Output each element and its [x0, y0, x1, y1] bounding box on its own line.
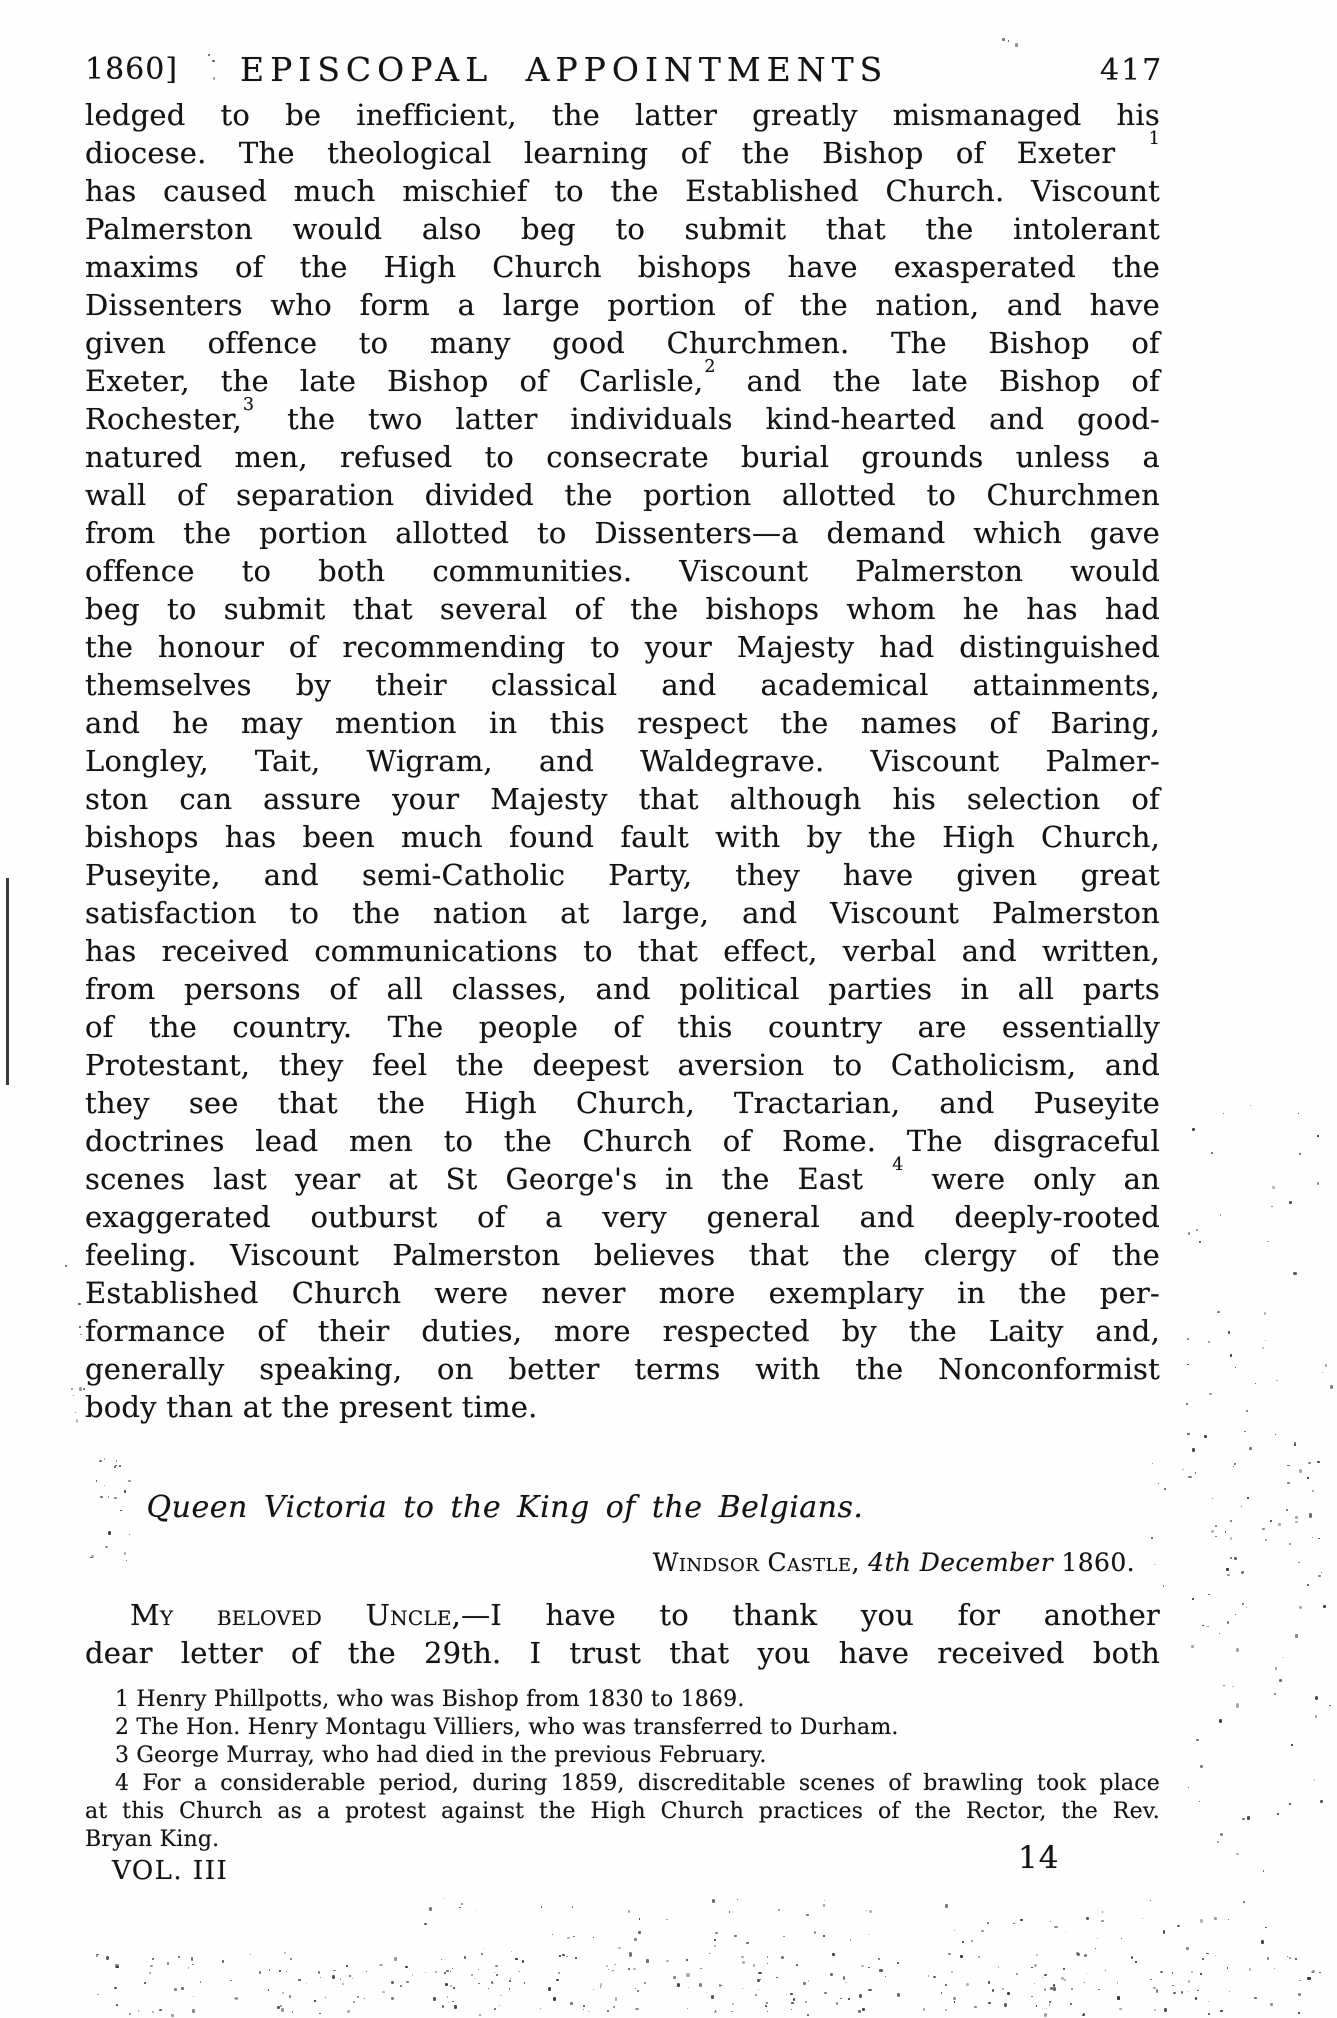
text-line: at this Church as a protest against the … [85, 1798, 1160, 1826]
text-line: given offence to many good Churchmen. Th… [85, 324, 1160, 362]
palmerston-letter-text: ledged to be inefficient, the latter gre… [85, 96, 1160, 1426]
text-line: from the portion allotted to Dissenters—… [85, 514, 1160, 552]
text-line: generally speaking, on better terms with… [85, 1350, 1160, 1388]
text-line: exaggerated outburst of a very general a… [85, 1198, 1160, 1236]
text-line: Palmerston would also beg to submit that… [85, 210, 1160, 248]
dateline-date: 4th December [868, 1548, 1053, 1577]
dateline-place: Windsor Castle, [653, 1548, 860, 1577]
text-line: 2 The Hon. Henry Montagu Villiers, who w… [85, 1714, 1160, 1742]
salutation: My beloved Uncle, [130, 1598, 461, 1632]
running-head: 1860] EPISCOPAL APPOINTMENTS 417 [0, 0, 1337, 100]
book-page: 1860] EPISCOPAL APPOINTMENTS 417 ledged … [0, 0, 1337, 2018]
text-line: of the country. The people of this count… [85, 1008, 1160, 1046]
text-line: maxims of the High Church bishops have e… [85, 248, 1160, 286]
text-line: formance of their duties, more respected… [85, 1312, 1160, 1350]
letter-dateline: Windsor Castle, 4th December 1860. [85, 1548, 1135, 1577]
text-line: 3 George Murray, who had died in the pre… [85, 1742, 1160, 1770]
text-line: Bryan King. [85, 1826, 1160, 1854]
text-line: has received communications to that effe… [85, 932, 1160, 970]
text-line: body than at the present time. [85, 1388, 1160, 1426]
signature-number: 14 [1018, 1840, 1059, 1876]
queen-letter-text: My beloved Uncle,—I have to thank you fo… [85, 1596, 1160, 1672]
text-line: 4 For a considerable period, during 1859… [85, 1770, 1160, 1798]
text-line: ston can assure your Majesty that althou… [85, 780, 1160, 818]
text-line: from persons of all classes, and politic… [85, 970, 1160, 1008]
letter-body-line: dear letter of the 29th. I trust that yo… [85, 1634, 1160, 1672]
letter-salutation-line: My beloved Uncle,—I have to thank you fo… [85, 1596, 1160, 1634]
text-line: ledged to be inefficient, the latter gre… [85, 96, 1160, 134]
text-line: Puseyite, and semi-Catholic Party, they … [85, 856, 1160, 894]
text-line: Rochester,3 the two latter individuals k… [85, 400, 1160, 438]
text-line: diocese. The theological learning of the… [85, 134, 1160, 172]
text-line: the honour of recommending to your Majes… [85, 628, 1160, 666]
text-line: beg to submit that several of the bishop… [85, 590, 1160, 628]
text-line: offence to both communities. Viscount Pa… [85, 552, 1160, 590]
text-line: satisfaction to the nation at large, and… [85, 894, 1160, 932]
text-line: bishops has been much found fault with b… [85, 818, 1160, 856]
text-line: doctrines lead men to the Church of Rome… [85, 1122, 1160, 1160]
text-line: 1 Henry Phillpotts, who was Bishop from … [85, 1686, 1160, 1714]
volume-label: VOL. III [112, 1856, 228, 1886]
scan-artifact-edge-line [6, 878, 9, 1085]
text-line: has caused much mischief to the Establis… [85, 172, 1160, 210]
text-line: Protestant, they feel the deepest aversi… [85, 1046, 1160, 1084]
text-line: scenes last year at St George's in the E… [85, 1160, 1160, 1198]
text-line: themselves by their classical and academ… [85, 666, 1160, 704]
footnotes: 1 Henry Phillpotts, who was Bishop from … [85, 1686, 1160, 1854]
text-line: they see that the High Church, Tractaria… [85, 1084, 1160, 1122]
page-number: 417 [1100, 53, 1163, 88]
text-line: Longley, Tait, Wigram, and Waldegrave. V… [85, 742, 1160, 780]
text-line: Dissenters who form a large portion of t… [85, 286, 1160, 324]
salutation-rest: —I have to thank you for another [461, 1598, 1160, 1632]
letter-heading: Queen Victoria to the King of the Belgia… [85, 1490, 925, 1525]
text-line: Established Church were never more exemp… [85, 1274, 1160, 1312]
dateline-year: 1860. [1061, 1548, 1135, 1577]
text-line: wall of separation divided the portion a… [85, 476, 1160, 514]
text-line: natured men, refused to consecrate buria… [85, 438, 1160, 476]
text-line: and he may mention in this respect the n… [85, 704, 1160, 742]
text-line: feeling. Viscount Palmerston believes th… [85, 1236, 1160, 1274]
running-head-title: EPISCOPAL APPOINTMENTS [240, 50, 888, 89]
running-head-year: 1860] [85, 52, 178, 87]
